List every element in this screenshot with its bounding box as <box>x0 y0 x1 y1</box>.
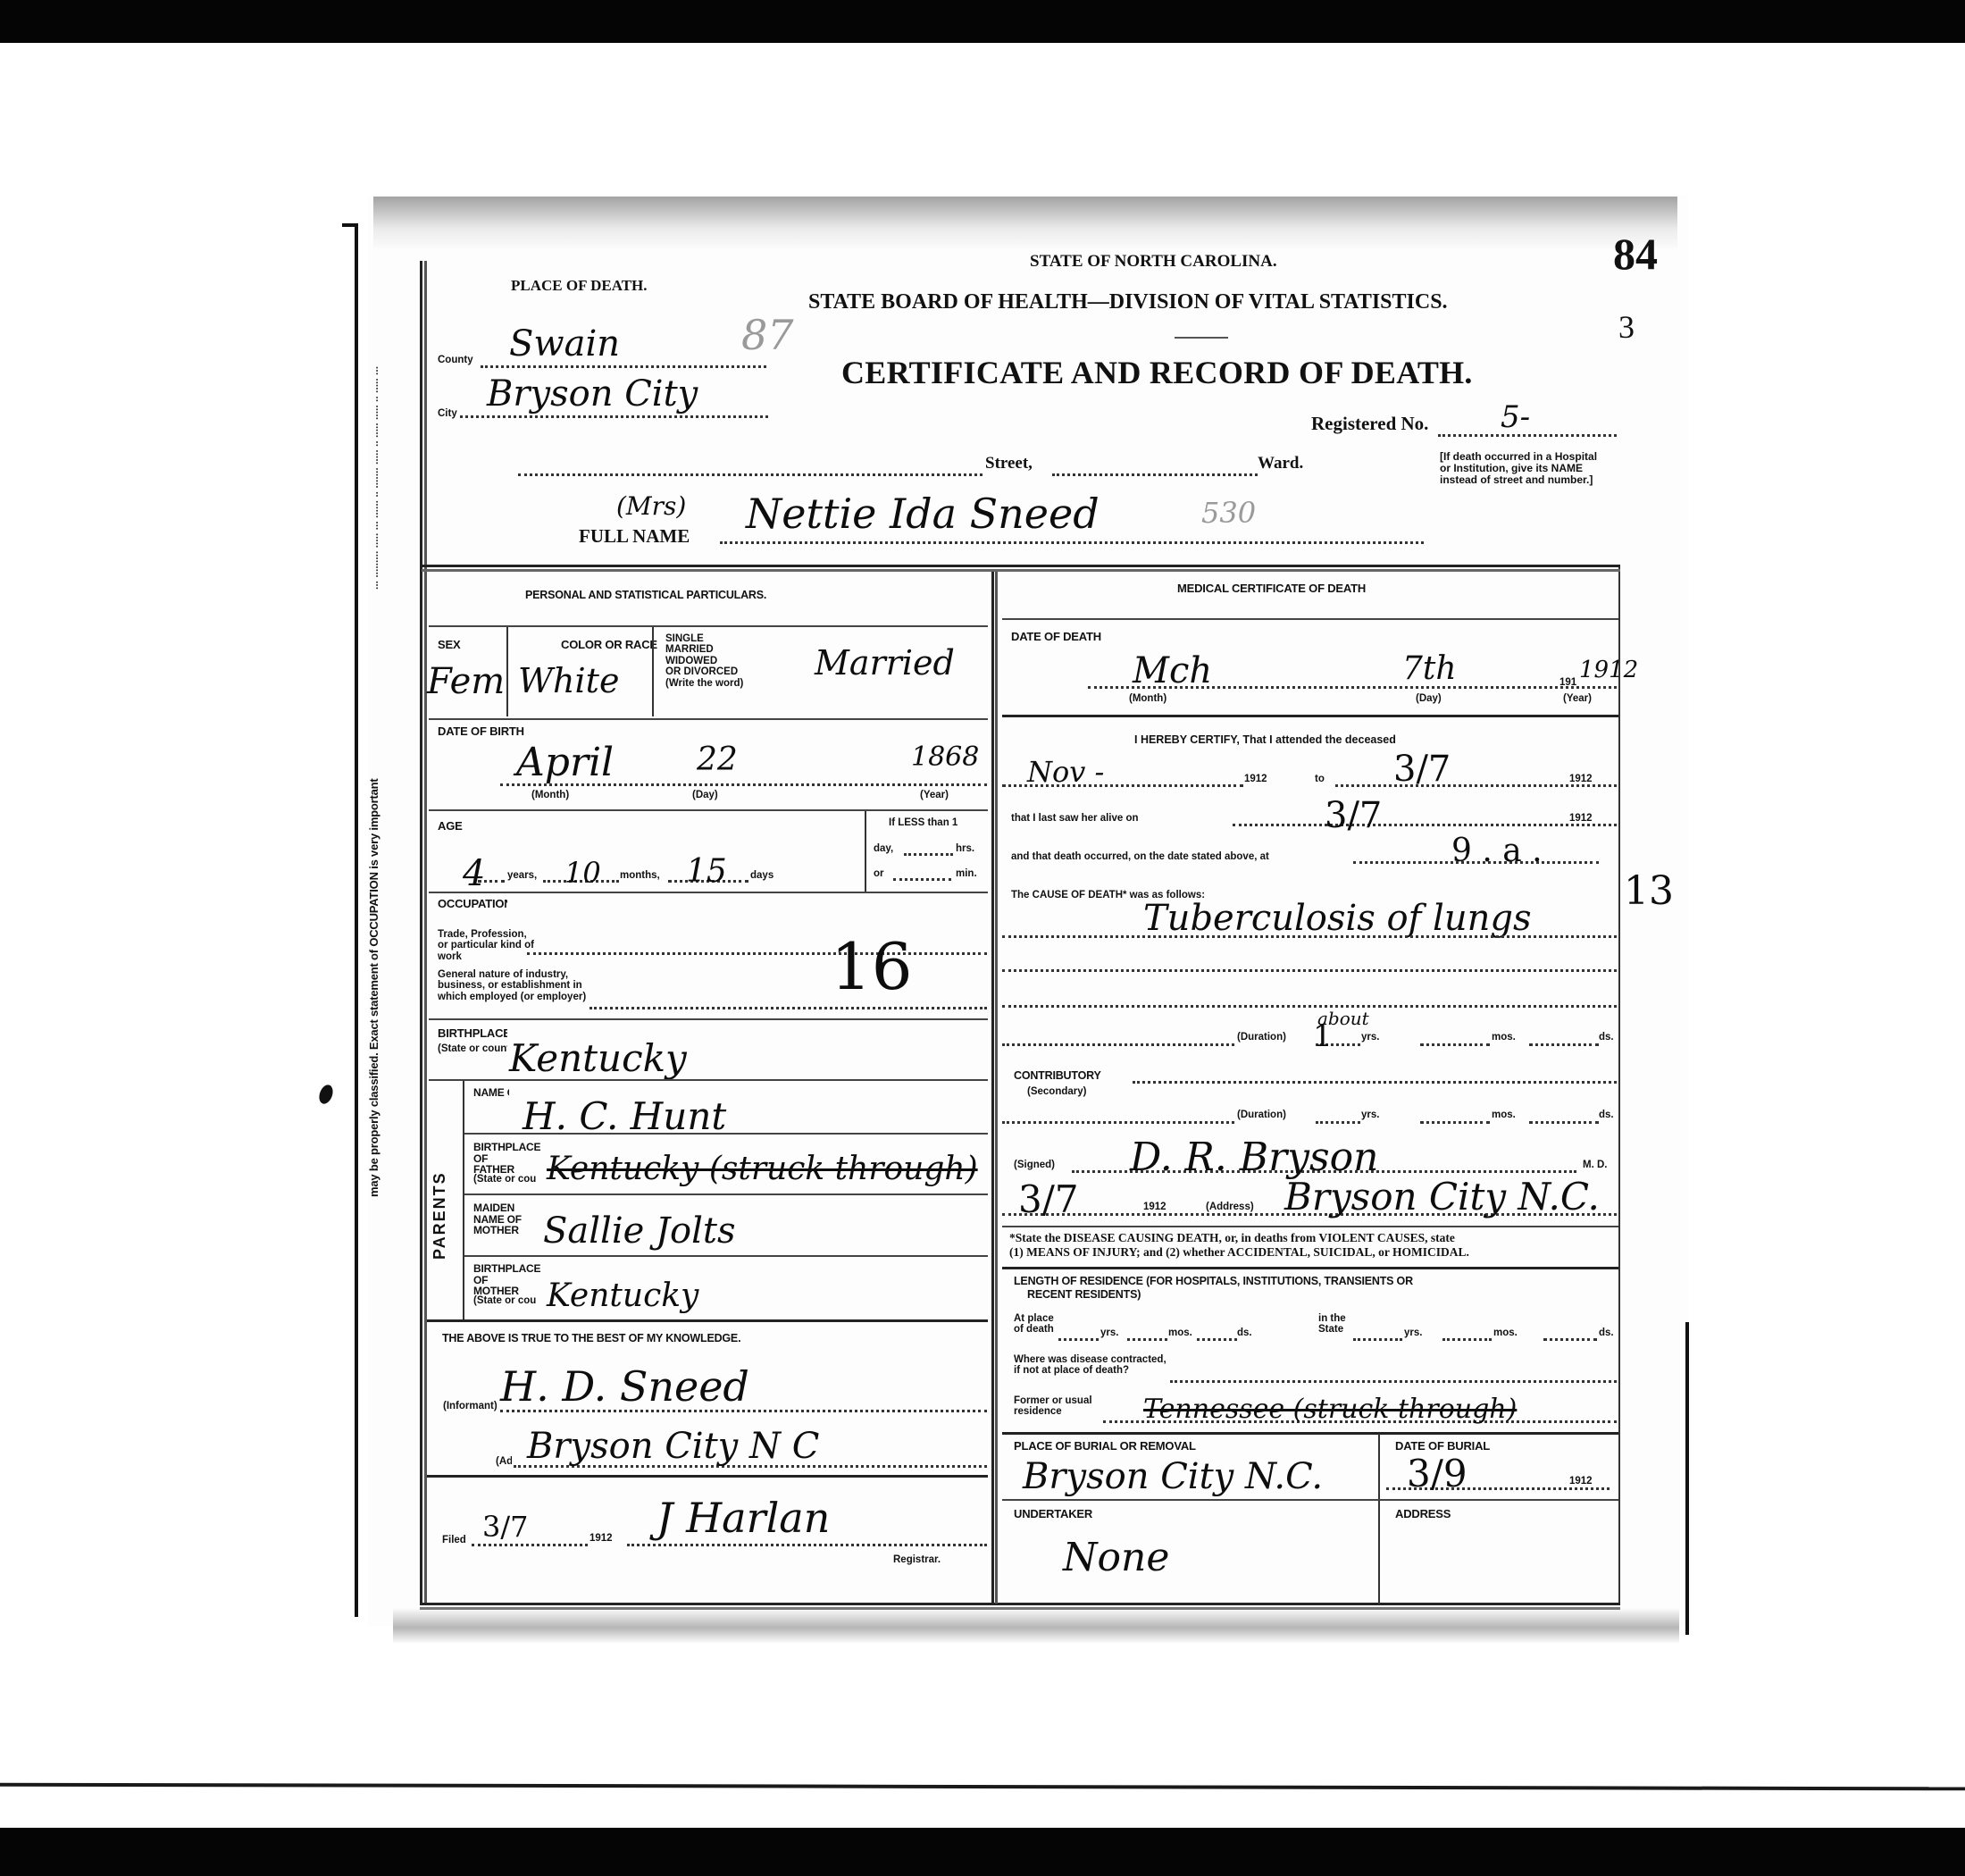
filed-year: 1912 <box>589 1533 613 1544</box>
in-state-yrs-line <box>1353 1338 1402 1341</box>
parents-divider <box>463 1081 464 1322</box>
dod-day: 7th <box>1402 650 1457 687</box>
rule <box>429 1079 988 1081</box>
registered-number-label: Registered No. <box>1311 413 1428 435</box>
dod-month: Mch <box>1133 650 1212 691</box>
duration2-ds-line <box>1529 1121 1599 1124</box>
birthplace-sub: (State or country) <box>438 1043 507 1054</box>
rule <box>429 718 988 720</box>
county-label: County <box>438 355 473 365</box>
body-top-rule <box>422 565 1620 567</box>
county-value: Swain <box>509 323 620 364</box>
full-name-value: Nettie Ida Sneed <box>746 490 1100 538</box>
paper-edge-tick <box>342 223 358 227</box>
dob-day: 22 <box>697 741 738 778</box>
signed-year: 1912 <box>1143 1202 1166 1212</box>
father-name-label: NAME OF FATHER <box>473 1087 509 1099</box>
md-label: M. D. <box>1583 1160 1607 1170</box>
age-months: 10 <box>564 856 601 890</box>
parents-label: PARENTS <box>431 1171 449 1260</box>
marital-status-label: SINGLE MARRIED WIDOWED OR DIVORCED (Writ… <box>665 633 743 689</box>
duration-yrs-label: yrs. <box>1361 1032 1379 1043</box>
form-frame-right <box>1618 565 1620 1603</box>
scan-shadow-top <box>373 197 1677 250</box>
divider <box>652 627 654 716</box>
burial-date-label: DATE OF BURIAL <box>1395 1440 1490 1453</box>
registrar-line <box>627 1544 987 1546</box>
rule <box>464 1133 988 1135</box>
undertaker-value: None <box>1063 1535 1169 1580</box>
last-saw-year: 1912 <box>1569 813 1593 824</box>
dob-label: DATE OF BIRTH <box>438 725 524 738</box>
duration2-ds-label: ds. <box>1599 1110 1614 1120</box>
hospital-note: [If death occurred in a Hospital or Inst… <box>1440 451 1610 486</box>
cause-line-2 <box>1002 969 1617 972</box>
scan-border-bottom <box>0 1828 1965 1876</box>
page-number: 84 <box>1613 228 1658 280</box>
industry-label: General nature of industry, business, or… <box>438 969 589 1002</box>
burial-place-label: PLACE OF BURIAL OR REMOVAL <box>1014 1440 1196 1453</box>
divider <box>506 627 508 716</box>
duration2-mos-line <box>1420 1121 1490 1124</box>
at-place-yrs-line <box>1058 1338 1099 1341</box>
full-name-prefix: (Mrs) <box>616 491 686 521</box>
mother-birthplace-sub: (State or country) <box>473 1295 536 1306</box>
occupation-label: OCCUPATION <box>438 898 507 910</box>
informant-heading: THE ABOVE IS TRUE TO THE BEST OF MY KNOW… <box>442 1333 740 1344</box>
at-place-ds-line <box>1197 1338 1237 1341</box>
at-place-label: At place of death <box>1014 1313 1058 1336</box>
mother-birthplace-label: BIRTHPLACE OF MOTHER <box>473 1263 523 1297</box>
filed-label: Filed <box>442 1535 466 1545</box>
duration2-line <box>1002 1121 1234 1124</box>
race-value: White <box>518 661 619 700</box>
ward-line <box>1052 473 1258 476</box>
place-of-death-heading: PLACE OF DEATH. <box>511 277 648 295</box>
undertaker-address-label: ADDRESS <box>1395 1508 1451 1520</box>
age-years-label: years, <box>507 870 537 881</box>
rule <box>464 1193 988 1195</box>
informant-value: H. D. Sneed <box>500 1362 749 1411</box>
duration-mos-label: mos. <box>1492 1032 1516 1043</box>
registrar-label: Registrar. <box>893 1554 941 1565</box>
in-state-label: in the State <box>1318 1313 1354 1336</box>
rule <box>429 809 988 811</box>
form-frame-left <box>420 261 422 1603</box>
city-value: Bryson City <box>487 373 698 415</box>
last-saw-value: 3/7 <box>1325 795 1382 836</box>
last-saw-label: that I last saw her alive on <box>1011 813 1139 824</box>
contributory-line <box>1133 1081 1617 1084</box>
contributory-sub: (Secondary) <box>1027 1086 1086 1097</box>
birthplace-value: Kentucky <box>509 1036 687 1080</box>
dod-month-caption: (Month) <box>1129 693 1166 704</box>
attended-from: Nov - <box>1027 755 1104 789</box>
death-time-value: 9 . a . <box>1451 833 1543 869</box>
dob-month-caption: (Month) <box>531 790 569 800</box>
duration-ds-line <box>1529 1043 1599 1046</box>
informant-address-value: Bryson City N C <box>527 1426 819 1467</box>
min-line <box>893 878 951 881</box>
undertaker-label: UNDERTAKER <box>1014 1508 1092 1520</box>
former-residence-value: Tennessee (struck through) <box>1143 1394 1517 1425</box>
city-line <box>460 415 768 418</box>
pencil-file-number: 530 <box>1201 496 1256 530</box>
rule <box>429 625 988 627</box>
less-than-label: If LESS than 1 <box>889 817 957 828</box>
race-label: COLOR OR RACE <box>561 639 657 651</box>
form-frame-bottom <box>420 1603 1620 1605</box>
page-sub-number: 3 <box>1618 308 1635 346</box>
rule <box>429 1018 988 1020</box>
sex-label: SEX <box>438 639 460 651</box>
scan-shadow-bottom <box>393 1608 1679 1644</box>
rule <box>1002 1499 1618 1501</box>
signed-date: 3/7 <box>1018 1177 1079 1221</box>
divider <box>865 811 866 892</box>
sex-value: Fem <box>427 661 505 702</box>
attended-to: 3/7 <box>1393 749 1451 790</box>
personal-heading: PERSONAL AND STATISTICAL PARTICULARS. <box>525 590 766 601</box>
margin-instruction: may be properly classified. Exact statem… <box>368 778 380 1197</box>
certificate-title: CERTIFICATE AND RECORD OF DEATH. <box>841 354 1473 391</box>
in-state-yrs: yrs. <box>1404 1327 1422 1338</box>
street-line <box>518 473 982 476</box>
attended-from-year: 1912 <box>1244 774 1267 784</box>
birthplace-label: BIRTHPLACE <box>438 1027 507 1040</box>
duration-ds-label: ds. <box>1599 1032 1614 1043</box>
or-label: or <box>874 868 884 879</box>
burial-date-value: 3/9 <box>1407 1452 1467 1495</box>
marital-status-value: Married <box>815 643 955 683</box>
center-divider <box>991 572 994 1604</box>
paper-edge-left <box>355 223 358 1617</box>
scan-border-top <box>0 0 1965 43</box>
rule <box>1002 1267 1618 1269</box>
less-day-label: day, <box>874 843 893 854</box>
duration2-mos-label: mos. <box>1492 1110 1516 1120</box>
age-years-line <box>478 880 505 883</box>
informant-address-label: (Address) <box>496 1456 512 1467</box>
cause-footnote: *State the DISEASE CAUSING DEATH, or, in… <box>1009 1231 1469 1259</box>
signed-address-value: Bryson City N.C. <box>1284 1175 1600 1219</box>
dob-year: 1868 <box>911 741 979 773</box>
to-label: to <box>1315 774 1325 784</box>
contracted-line <box>1170 1380 1617 1383</box>
in-state-ds: ds. <box>1599 1327 1614 1338</box>
mother-birthplace-value: Kentucky <box>547 1277 698 1314</box>
medical-heading: MEDICAL CERTIFICATE OF DEATH <box>1177 582 1366 595</box>
age-days: 15 <box>686 853 727 890</box>
rule <box>1002 715 1618 717</box>
burial-date-year: 1912 <box>1569 1476 1593 1487</box>
state-heading: STATE OF NORTH CAROLINA. <box>1030 252 1277 272</box>
age-days-label: days <box>750 870 773 881</box>
full-name-line <box>720 541 1424 544</box>
scan-artifact-line <box>0 1783 1965 1791</box>
contributory-label: CONTRIBUTORY <box>1014 1070 1101 1082</box>
dob-day-caption: (Day) <box>692 790 718 800</box>
residence-heading: LENGTH OF RESIDENCE (FOR HOSPITALS, INST… <box>1014 1276 1413 1287</box>
duration-years: 1 <box>1313 1018 1333 1054</box>
margin-instruction-faded: ... ......... ..... ... ...... .. ......… <box>368 366 380 590</box>
father-birthplace-sub: (State or country) <box>473 1174 536 1185</box>
residence-heading-2: RECENT RESIDENTS) <box>1027 1289 1141 1301</box>
title-rule <box>1175 337 1228 339</box>
city-label: City <box>438 408 457 419</box>
age-label: AGE <box>438 820 463 833</box>
at-place-ds: ds. <box>1237 1327 1252 1338</box>
rule <box>1002 1432 1618 1435</box>
in-state-ds-line <box>1543 1338 1597 1341</box>
duration-label: (Duration) <box>1237 1032 1286 1043</box>
paper-edge-right <box>1685 1322 1689 1635</box>
father-birthplace-label: BIRTHPLACE OF FATHER <box>473 1142 523 1176</box>
in-state-mos: mos. <box>1493 1327 1518 1338</box>
registrar-signature: J Harlan <box>656 1494 830 1542</box>
mother-name-label: MAIDEN NAME OF MOTHER <box>473 1202 527 1236</box>
dod-year-caption: (Year) <box>1563 693 1592 704</box>
rule <box>1002 618 1618 620</box>
contracted-label: Where was disease contracted, if not at … <box>1014 1354 1175 1377</box>
cause-value: Tuberculosis of lungs <box>1143 898 1532 939</box>
father-name-value: H. C. Hunt <box>523 1094 726 1138</box>
duration-line <box>1002 1043 1234 1046</box>
at-place-mos-line <box>1127 1338 1167 1341</box>
county-line <box>481 365 766 368</box>
trade-label: Trade, Profession, or particular kind of… <box>438 929 536 962</box>
cause-code: 13 <box>1624 868 1674 914</box>
age-years: 4 <box>463 853 485 894</box>
dod-label: DATE OF DEATH <box>1011 631 1101 643</box>
ink-blot <box>317 1083 336 1105</box>
duration2-label: (Duration) <box>1237 1110 1286 1120</box>
age-months-label: months, <box>620 870 660 881</box>
cause-line-1 <box>1002 935 1617 938</box>
rule <box>464 1255 988 1257</box>
full-name-label: FULL NAME <box>579 525 690 548</box>
hrs-line <box>904 853 953 856</box>
rule <box>427 1319 988 1322</box>
duration-mos-line <box>1420 1043 1490 1046</box>
cause-line-3 <box>1002 1005 1617 1008</box>
pencil-margin-number: 87 <box>741 311 794 359</box>
dod-year: 1912 <box>1579 657 1638 683</box>
rule <box>1002 1226 1618 1227</box>
dob-year-caption: (Year) <box>920 790 949 800</box>
filed-line <box>472 1544 588 1546</box>
at-place-mos: mos. <box>1168 1327 1192 1338</box>
rule <box>427 1475 988 1478</box>
min-label: min. <box>956 868 977 879</box>
in-state-mos-line <box>1442 1338 1492 1341</box>
burial-place-value: Bryson City N.C. <box>1023 1456 1323 1497</box>
father-birthplace-value: Kentucky (struck through) <box>547 1151 978 1187</box>
former-residence-label: Former or usual residence <box>1014 1395 1094 1418</box>
attended-to-year: 1912 <box>1569 774 1593 784</box>
signed-address-label: (Address) <box>1206 1202 1254 1212</box>
dod-day-caption: (Day) <box>1416 693 1442 704</box>
dob-month: April <box>516 740 614 785</box>
ward-label: Ward. <box>1258 454 1303 473</box>
board-heading: STATE BOARD OF HEALTH—DIVISION OF VITAL … <box>808 290 1448 314</box>
death-time-label: and that death occurred, on the date sta… <box>1011 851 1269 862</box>
registered-number-value: 5- <box>1501 399 1530 435</box>
burial-divider <box>1378 1434 1380 1604</box>
industry-line <box>589 1007 987 1009</box>
occupation-code: 16 <box>831 929 913 1004</box>
dod-year-prefix: 191 <box>1559 677 1576 688</box>
attended-to-line <box>1335 784 1617 787</box>
certify-text: I HEREBY CERTIFY, That I attended the de… <box>1134 734 1396 747</box>
trade-line <box>527 952 987 955</box>
at-place-yrs: yrs. <box>1100 1327 1118 1338</box>
rule <box>429 892 988 893</box>
mother-name-value: Sallie Jolts <box>543 1210 736 1252</box>
signed-label: (Signed) <box>1014 1160 1055 1170</box>
signed-value: D. R. Bryson <box>1130 1135 1378 1180</box>
filed-value: 3/7 <box>482 1510 529 1544</box>
duration2-yrs-line <box>1316 1121 1360 1124</box>
last-saw-line <box>1233 824 1617 826</box>
duration2-yrs-label: yrs. <box>1361 1110 1379 1120</box>
street-label: Street, <box>985 454 1033 473</box>
hrs-label: hrs. <box>956 843 974 854</box>
